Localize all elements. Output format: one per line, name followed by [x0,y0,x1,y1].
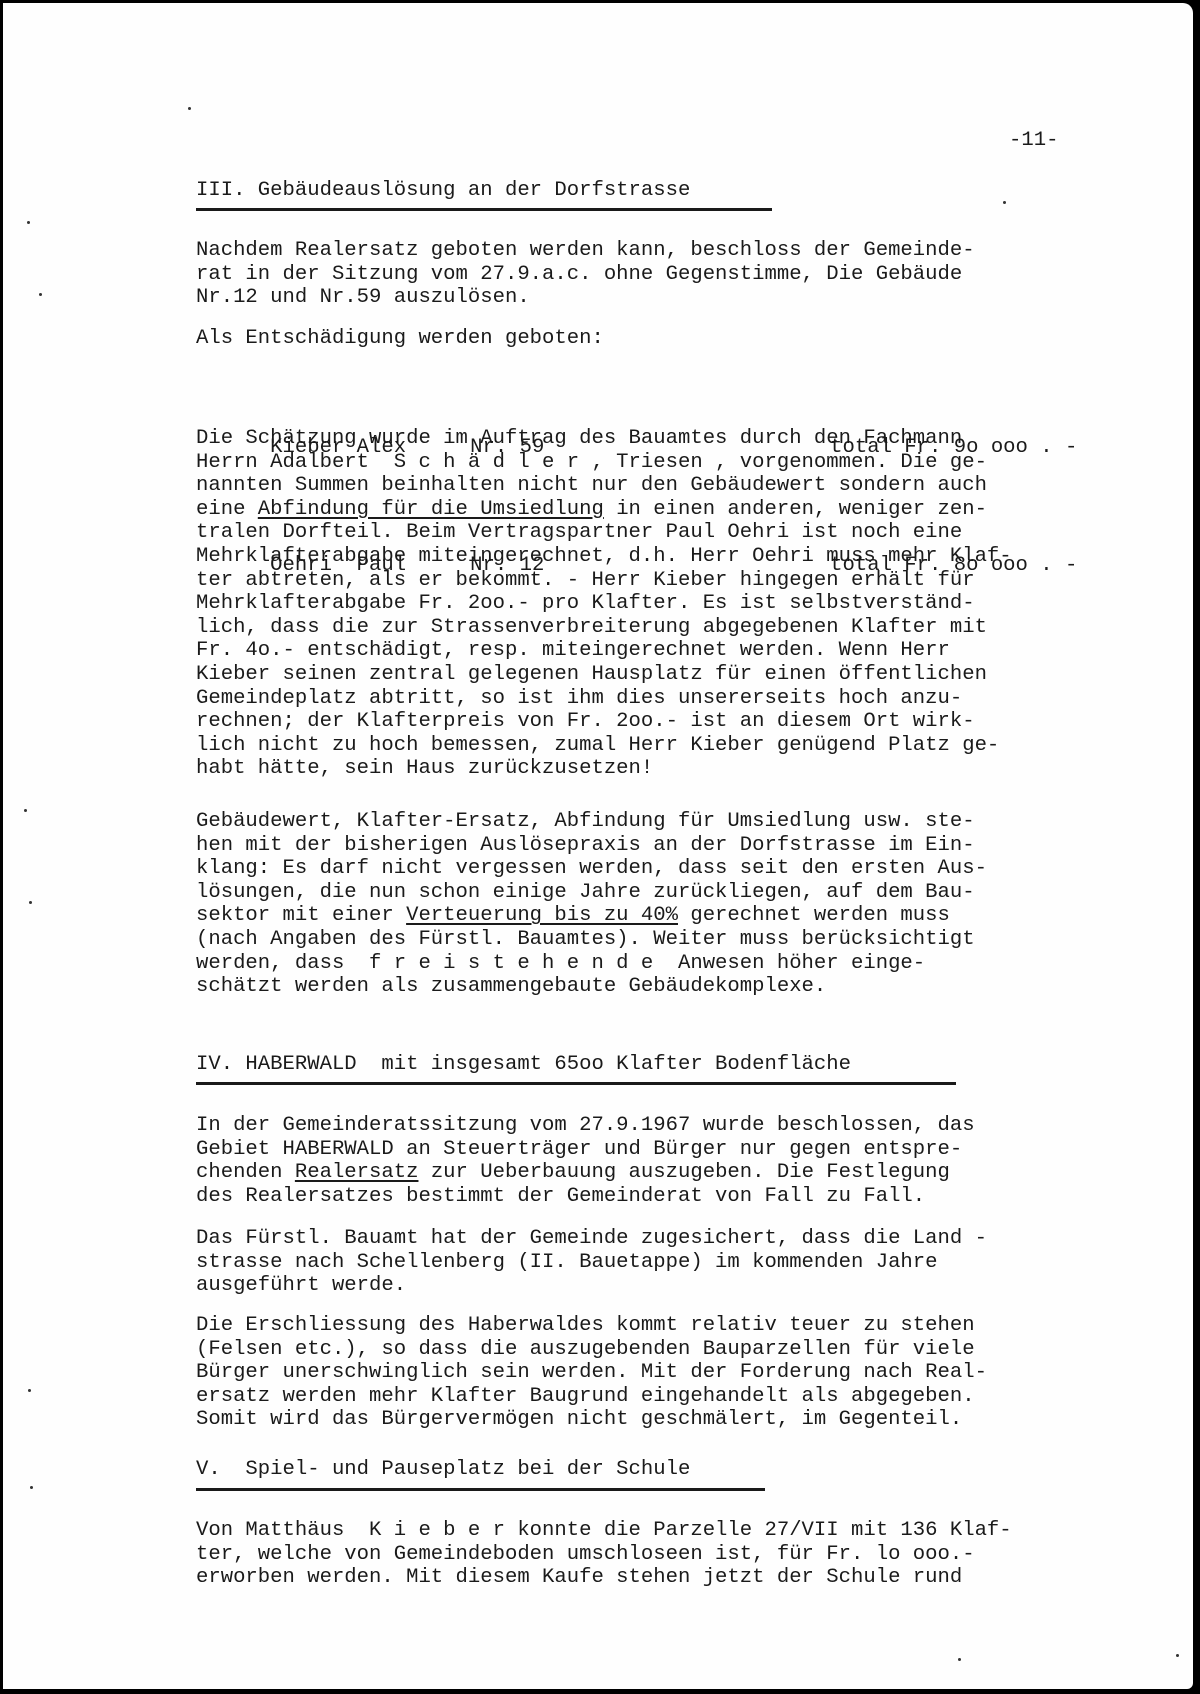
text-line: Gemeindeplatz abtritt, so ist ihm dies u… [196,687,1012,711]
text-line: ter abtreten, als er bekommt. - Herr Kie… [196,569,1012,593]
text-line: erworben werden. Mit diesem Kaufe stehen… [196,1566,1012,1590]
text-line: Mehrklafterabgabe miteingerechnet, d.h. … [196,545,1012,569]
text-line: Bürger unerschwinglich sein werden. Mit … [196,1361,987,1385]
scan-speck [188,107,191,110]
text-line: chenden Realersatz zur Ueberbauung auszu… [196,1161,975,1185]
paragraph-iv-road: Das Fürstl. Bauamt hat der Gemeinde zuge… [196,1227,987,1298]
text-line: Fr. 4o.- entschädigt, resp. miteingerech… [196,639,1012,663]
text-line: Nr.12 und Nr.59 auszulösen. [196,286,975,310]
underlined-emphasis: Verteuerung bis zu 40% [406,904,678,927]
text-line: tralen Dorfteil. Beim Vertragspartner Pa… [196,521,1012,545]
scan-speck [958,1658,961,1661]
text-line: lösungen, die nun schon einige Jahre zur… [196,881,987,905]
paragraph-v-purchase: Von Matthäus K i e b e r konnte die Parz… [196,1519,1012,1590]
underlined-emphasis: Realersatz [295,1161,419,1184]
paragraph-iv-development: Die Erschliessung des Haberwaldes kommt … [196,1314,987,1432]
scan-speck [27,221,30,224]
document-page: -11- III. Gebäudeauslösung an der Dorfst… [3,3,1193,1689]
scan-speck [24,809,27,812]
scan-speck [1176,1654,1179,1657]
paragraph-iii-intro: Nachdem Realersatz geboten werden kann, … [196,239,975,310]
scan-speck [1003,201,1006,204]
text-line: Das Fürstl. Bauamt hat der Gemeinde zuge… [196,1227,987,1251]
text-line: In der Gemeinderatssitzung vom 27.9.1967… [196,1114,975,1138]
text-line: ter, welche von Gemeindeboden umschlosee… [196,1543,1012,1567]
text-line: klang: Es darf nicht vergessen werden, d… [196,857,987,881]
scan-speck [30,1486,33,1489]
heading-underline-iii [196,208,772,211]
text-line: nannten Summen beinhalten nicht nur den … [196,474,1012,498]
scan-speck [39,293,42,296]
scan-speck [29,901,32,904]
text-line: Kieber seinen zentral gelegenen Hausplat… [196,663,1012,687]
paragraph-iii-valuation: Gebäudewert, Klafter-Ersatz, Abfindung f… [196,810,987,999]
text-line: Die Erschliessung des Haberwaldes kommt … [196,1314,987,1338]
text-line: sektor mit einer Verteuerung bis zu 40% … [196,904,987,928]
text-line: des Realersatzes bestimmt der Gemeindera… [196,1185,975,1209]
paragraph-iii-estimate: Die Schätzung wurde im Auftrag des Bauam… [196,427,1012,781]
text-line: hen mit der bisherigen Auslösepraxis an … [196,834,987,858]
text-line: Mehrklafterabgabe Fr. 2oo.- pro Klafter.… [196,592,1012,616]
text-line: Gebiet HABERWALD an Steuerträger und Bür… [196,1138,975,1162]
text-line: (Felsen etc.), so dass die auszugebenden… [196,1338,987,1362]
text-line: werden, dass f r e i s t e h e n d e Anw… [196,952,987,976]
paragraph-iii-compensation-label: Als Entschädigung werden geboten: [196,327,604,351]
text-line: schätzt werden als zusammengebaute Gebäu… [196,975,987,999]
text-line: ausgeführt werde. [196,1274,987,1298]
text-line: lich nicht zu hoch bemessen, zumal Herr … [196,734,1012,758]
text-line: ersatz werden mehr Klafter Baugrund eing… [196,1385,987,1409]
heading-underline-iv [196,1082,956,1085]
section-heading-v: V. Spiel- und Pauseplatz bei der Schule [196,1458,690,1482]
text-line: lich, dass die zur Strassenverbreiterung… [196,616,1012,640]
text-line: Von Matthäus K i e b e r konnte die Parz… [196,1519,1012,1543]
paragraph-iv-decision: In der Gemeinderatssitzung vom 27.9.1967… [196,1114,975,1208]
text-line: Als Entschädigung werden geboten: [196,327,604,351]
text-line: Die Schätzung wurde im Auftrag des Bauam… [196,427,1012,451]
text-line: Nachdem Realersatz geboten werden kann, … [196,239,975,263]
text-line: eine Abfindung für die Umsiedlung in ein… [196,498,1012,522]
text-line: Herrn Adalbert S c h ä d l e r , Triesen… [196,451,1012,475]
section-heading-iii: III. Gebäudeauslösung an der Dorfstrasse [196,179,690,203]
text-line: rat in der Sitzung vom 27.9.a.c. ohne Ge… [196,263,975,287]
scan-speck [28,1389,31,1392]
text-line: Gebäudewert, Klafter-Ersatz, Abfindung f… [196,810,987,834]
text-line: Somit wird das Bürgervermögen nicht gesc… [196,1408,987,1432]
underlined-emphasis: Abfindung für die Umsiedlung [258,498,604,521]
text-line: habt hätte, sein Haus zurückzusetzen! [196,757,1012,781]
text-line: rechnen; der Klafterpreis von Fr. 2oo.- … [196,710,1012,734]
section-heading-iv: IV. HABERWALD mit insgesamt 65oo Klafter… [196,1053,851,1077]
heading-underline-v [196,1488,765,1491]
text-line: strasse nach Schellenberg (II. Bauetappe… [196,1251,987,1275]
page-number: -11- [1009,129,1058,153]
text-line: (nach Angaben des Fürstl. Bauamtes). Wei… [196,928,987,952]
